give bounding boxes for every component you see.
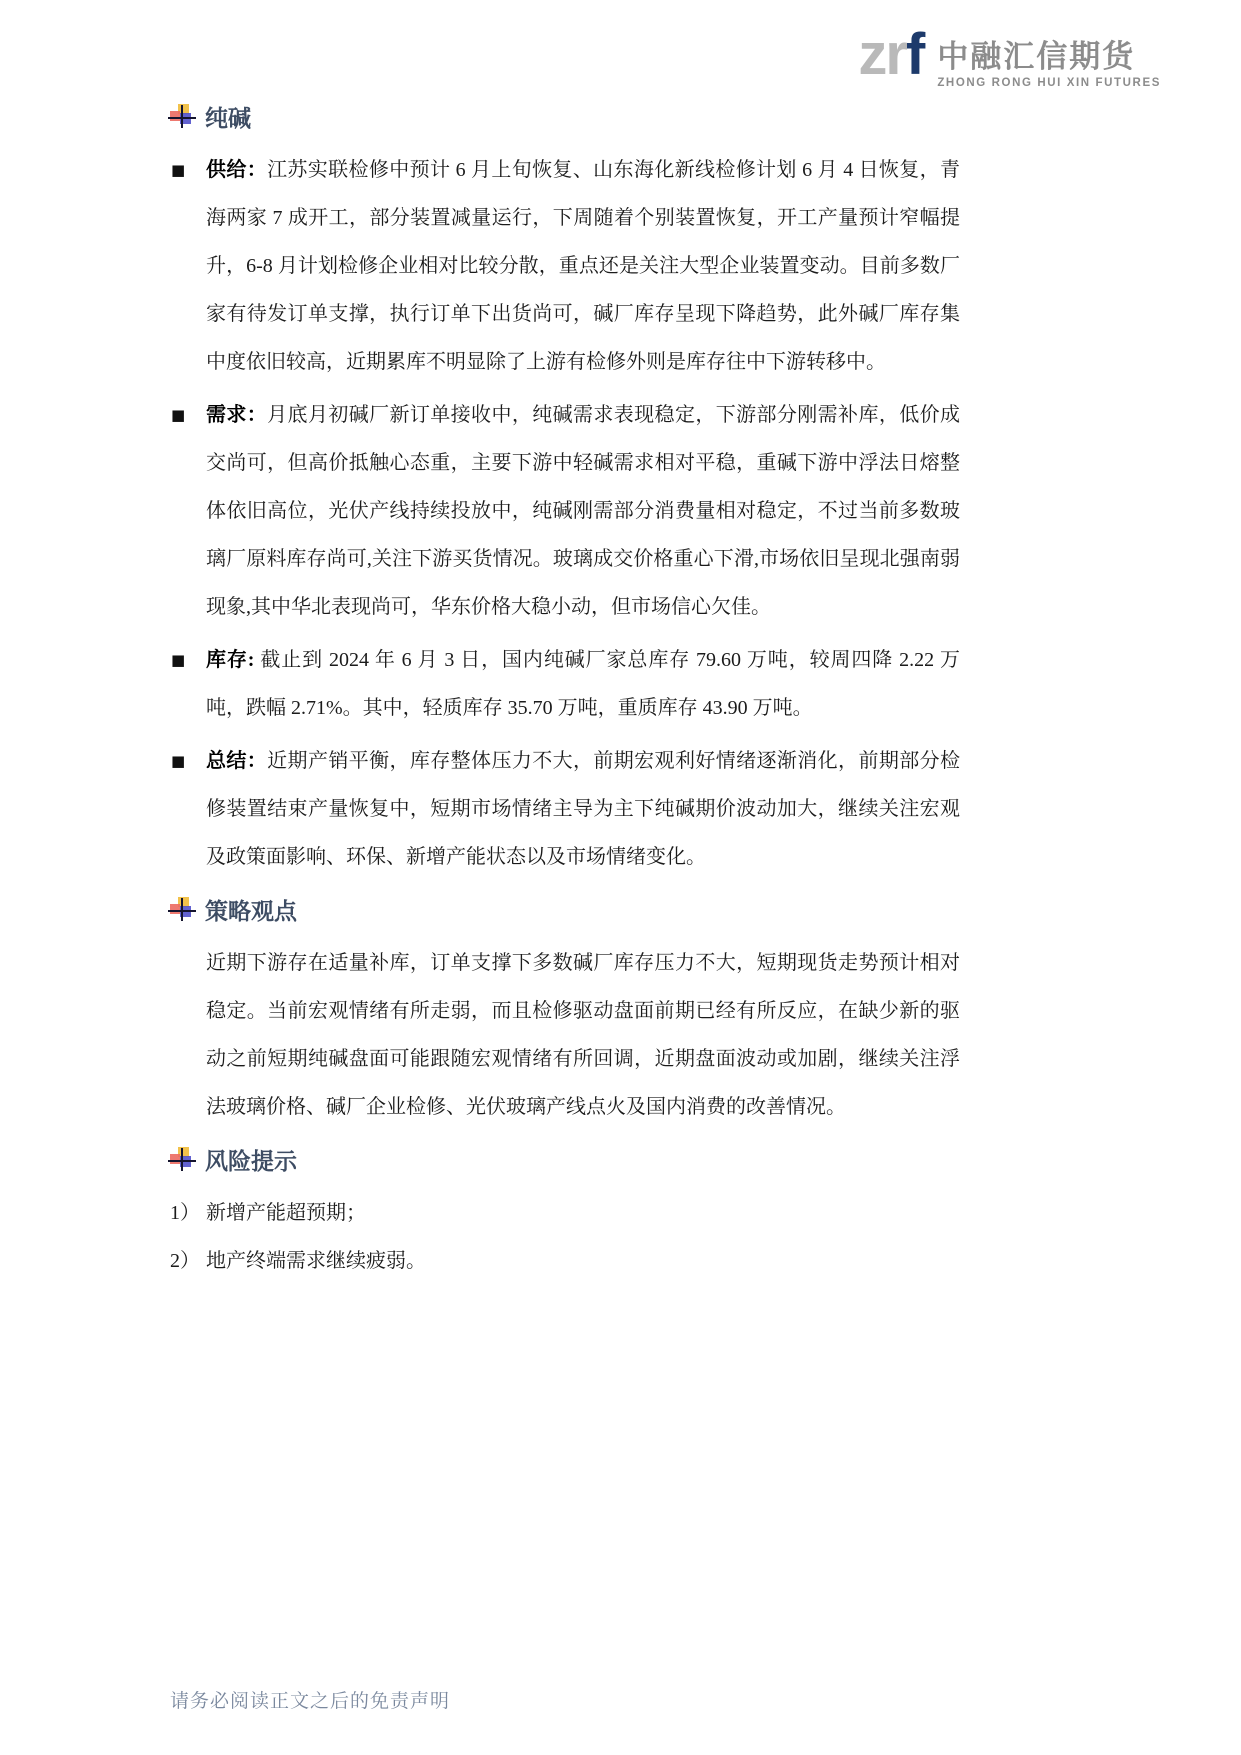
paragraph-text: 近期产销平衡，库存整体压力不大，前期宏观利好情绪逐渐消化，前期部分检修装置结束产… [206,750,960,868]
section-heading-soda-ash: 纯碱 [170,96,960,136]
risk-list-item: 1）新增产能超预期； [170,1189,960,1237]
logo-company-name-en: ZHONG RONG HUI XIN FUTURES [937,77,1161,89]
section-title: 策略观点 [205,893,297,926]
section-heading-risk: 风险提示 [170,1139,960,1179]
logo-wordmark: zrf [858,26,923,84]
paragraph-text: 近期下游存在适量补库，订单支撑下多数碱厂库存压力不大，短期现货走势预计相对稳定。… [206,952,960,1118]
report-body: 纯碱 ■供给：江苏实联检修中预计 6 月上旬恢复、山东海化新线检修计划 6 月 … [170,96,960,1285]
risk-item-number: 1） [170,1189,200,1237]
logo-company-name-cn: 中融汇信期货 [937,40,1161,74]
square-bullet-icon: ■ [171,636,185,684]
paragraph-text: 截止到 2024 年 6 月 3 日，国内纯碱厂家总库存 79.60 万吨，较周… [206,649,960,719]
logo-zr-text: zr [858,22,906,87]
paragraph-text: 江苏实联检修中预计 6 月上旬恢复、山东海化新线检修计划 6 月 4 日恢复，青… [206,159,960,373]
paragraph-strategy: 近期下游存在适量补库，订单支撑下多数碱厂库存压力不大，短期现货走势预计相对稳定。… [170,939,960,1131]
footer-disclaimer: 请务必阅读正文之后的免责声明 [170,1686,450,1713]
risk-item-text: 地产终端需求继续疲弱。 [206,1250,426,1272]
paragraph-inventory: ■库存: 截止到 2024 年 6 月 3 日，国内纯碱厂家总库存 79.60 … [170,636,960,732]
paragraph-label: 库存: [206,649,260,671]
paragraph-demand: ■需求：月底月初碱厂新订单接收中，纯碱需求表现稳定，下游部分刚需补库，低价成交尚… [170,391,960,631]
square-bullet-icon: ■ [171,146,185,194]
section-marker-icon [170,896,194,922]
paragraph-label: 总结： [206,750,267,772]
logo-f-text: f [906,22,923,87]
company-logo: zrf 中融汇信期货 ZHONG RONG HUI XIN FUTURES [858,26,1161,89]
square-bullet-icon: ■ [171,737,185,785]
square-bullet-icon: ■ [171,391,185,439]
section-title: 风险提示 [205,1143,297,1176]
risk-item-number: 2） [170,1237,200,1285]
paragraph-label: 供给： [206,159,267,181]
section-title: 纯碱 [205,100,251,133]
paragraph-supply: ■供给：江苏实联检修中预计 6 月上旬恢复、山东海化新线检修计划 6 月 4 日… [170,146,960,386]
paragraph-text: 月底月初碱厂新订单接收中，纯碱需求表现稳定，下游部分刚需补库，低价成交尚可，但高… [206,404,960,618]
section-marker-icon [170,1146,194,1172]
paragraph-summary: ■总结：近期产销平衡，库存整体压力不大，前期宏观利好情绪逐渐消化，前期部分检修装… [170,737,960,881]
paragraph-label: 需求： [206,404,267,426]
risk-list-item: 2）地产终端需求继续疲弱。 [170,1237,960,1285]
report-page: zrf 中融汇信期货 ZHONG RONG HUI XIN FUTURES 纯碱… [0,0,1241,1755]
risk-item-text: 新增产能超预期； [206,1202,366,1224]
section-marker-icon [170,103,194,129]
section-heading-strategy: 策略观点 [170,889,960,929]
logo-names: 中融汇信期货 ZHONG RONG HUI XIN FUTURES [937,26,1161,89]
